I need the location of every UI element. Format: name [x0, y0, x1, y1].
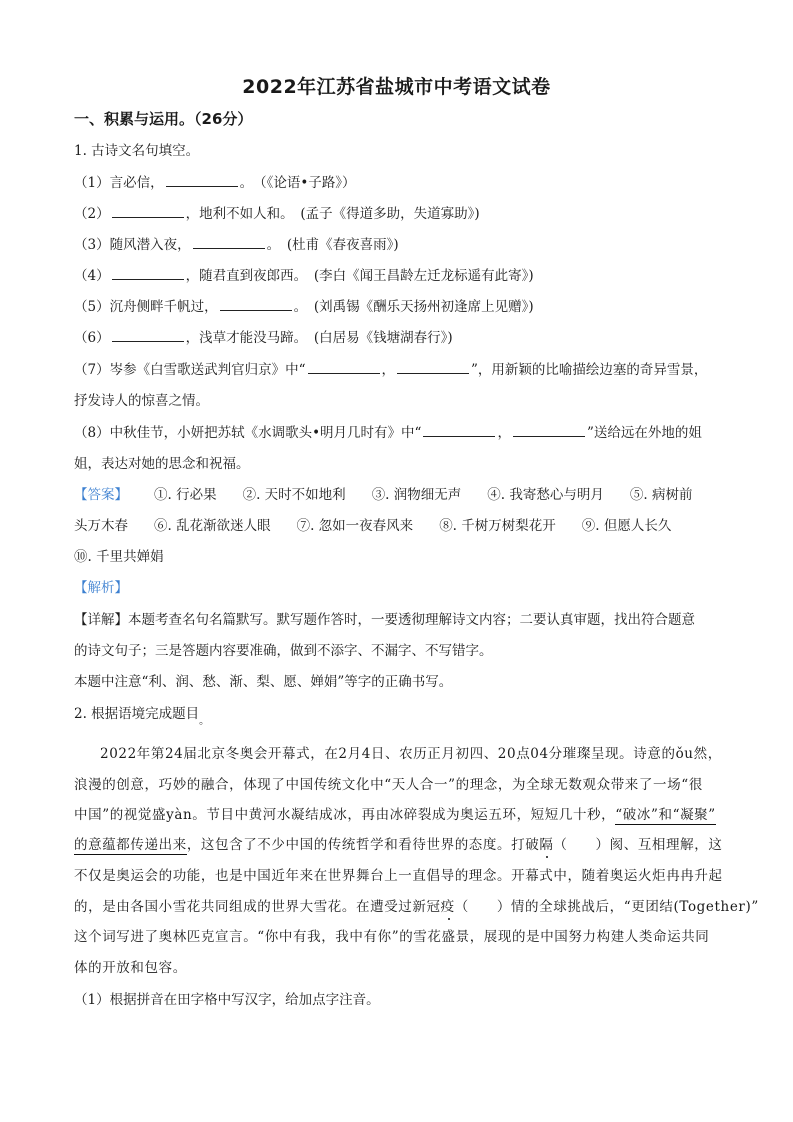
item-text: ，	[382, 362, 396, 378]
section-heading: 一、积累与运用。（26分）	[74, 110, 252, 128]
item-text: 。 (杜甫《春夜喜雨》)	[267, 237, 399, 253]
detail-line-2: 的诗文句子；三是答题内容要准确，做到不添字、不漏字、不写错字。	[74, 642, 493, 660]
passage-text: 中国”的视觉盛yàn。节目中黄河水凝结成冰，再由冰碎裂成为奥运五环，短短几十秒，	[74, 807, 615, 823]
answer-blank[interactable]	[397, 360, 469, 374]
item-text: （7）岑参《白雪歌送武判官归京》中“	[74, 362, 306, 378]
answer-line-1: 【答案】①. 行必果②. 天时不如地利③. 润物细无声④. 我寄愁心与明月⑤. …	[74, 486, 692, 504]
stem-text: 2. 根据语境完成题目	[74, 706, 199, 722]
question-1-stem: 1. 古诗文名句填空。	[74, 142, 199, 160]
answer-item: ④. 我寄愁心与明月	[487, 487, 604, 503]
answer-item: ⑩. 千里共婵娟	[74, 549, 164, 565]
analysis-tag: 【解析】	[74, 579, 128, 597]
q1-item-2: （2），地利不如人和。 (孟子《得道多助，失道寡助》)	[74, 204, 480, 223]
q1-item-4: （4），随君直到夜郎西。 (李白《闻王昌龄左迁龙标遥有此寄》)	[74, 266, 534, 285]
answer-item: 头万木春	[74, 518, 128, 534]
detail-line-1: 【详解】本题考查名句名篇默写。默写题作答时，一要透彻理解诗文内容；二要认真审题，…	[74, 611, 695, 629]
answer-blank[interactable]	[112, 204, 184, 218]
answer-item: ⑥. 乱花渐欲迷人眼	[154, 518, 271, 534]
item-text: 。 （《论语•子路》）	[240, 175, 356, 191]
answer-item: ⑤. 病树前	[630, 487, 693, 503]
answer-blank[interactable]	[308, 360, 380, 374]
item-text: （4）	[74, 268, 110, 284]
q1-item-8-cont: 姐，表达对她的思念和祝福。	[74, 455, 250, 473]
passage-line-2: 浪漫的创意，巧妙的融合，体现了中国传统文化中“天人合一”的理念，为全球无数观众带…	[74, 776, 703, 794]
item-text: 。 (刘禹锡《酬乐天扬州初逢席上见赠》)	[294, 299, 534, 315]
detail-note: 本题中注意“利、润、愁、渐、梨、愿、婵娟”等字的正确书写。	[74, 673, 452, 691]
answer-blank[interactable]	[423, 423, 495, 437]
item-text: ，随君直到夜郎西。 (李白《闻王昌龄左迁龙标遥有此寄》)	[186, 268, 534, 284]
q1-item-7: （7）岑参《白雪歌送武判官归京》中“，”，用新颖的比喻描绘边塞的奇异雪景，	[74, 360, 707, 379]
item-text: （2）	[74, 206, 110, 222]
underlined-text: 的意蕴都传递出来	[74, 837, 187, 855]
answer-item: ⑧. 千树万树梨花开	[439, 518, 556, 534]
passage-text: ）情的全球挑战后，“更团结(Together)”	[497, 899, 759, 915]
item-text: （8）中秋佳节，小妍把苏轼《水调歌头•明月几时有》中“	[74, 425, 421, 441]
page-title: 2022年江苏省盐城市中考语文试卷	[0, 72, 793, 99]
answer-blank[interactable]	[112, 328, 184, 342]
item-text: ”送给远在外地的姐	[587, 425, 702, 441]
passage-line-5: 不仅是奥运会的功能，也是中国近年来在世界舞台上一直倡导的理念。开幕式中，随着奥运…	[74, 867, 723, 885]
item-text: （6）	[74, 330, 110, 346]
q1-item-6: （6），浅草才能没马蹄。 (白居易《钱塘湖春行》)	[74, 328, 453, 347]
answer-item: ③. 润物细无声	[372, 487, 462, 503]
passage-line-1: 2022年第24届北京冬奥会开幕式，在2月4日、农历正月初四、20点04分璀璨呈…	[100, 745, 722, 763]
item-text: ，地利不如人和。 (孟子《得道多助，失道寡助》)	[186, 206, 480, 222]
answer-blank[interactable]	[112, 266, 184, 280]
answer-line-2: 头万木春⑥. 乱花渐欲迷人眼⑦. 忽如一夜春风来⑧. 千树万树梨花开⑨. 但愿人…	[74, 517, 671, 535]
paren-open: （	[455, 899, 469, 915]
passage-text: ）阂、互相理解，这	[596, 837, 723, 853]
passage-text: 的，是由各国小雪花共同组成的世界大雪花。在遭受过新冠	[74, 899, 441, 915]
passage-line-3: 中国”的视觉盛yàn。节目中黄河水凝结成冰，再由冰碎裂成为奥运五环，短短几十秒，…	[74, 806, 716, 824]
passage-text: ，这包含了不少中国的传统哲学和看待世界的态度。打破	[187, 837, 540, 853]
answer-line-3: ⑩. 千里共婵娟	[74, 548, 164, 566]
passage-line-6: 的，是由各国小雪花共同组成的世界大雪花。在遭受过新冠疫（）情的全球挑战后，“更团…	[74, 898, 759, 916]
item-text: ”，用新颖的比喻描绘边塞的奇异雪景，	[471, 362, 707, 378]
answer-item: ①. 行必果	[154, 487, 217, 503]
q1-item-5: （5）沉舟侧畔千帆过，。 (刘禹锡《酬乐天扬州初逢席上见赠》)	[74, 297, 534, 316]
q1-item-7-cont: 抒发诗人的惊喜之情。	[74, 392, 209, 410]
underlined-text: “破冰”和“凝聚”	[615, 807, 716, 825]
answer-blank[interactable]	[220, 297, 292, 311]
answer-item: ②. 天时不如地利	[243, 487, 346, 503]
paren-open: （	[553, 837, 567, 853]
q1-item-1: （1）言必信，。 （《论语•子路》）	[74, 173, 356, 192]
passage-line-8: 体的开放和包容。	[74, 959, 187, 977]
sub-question-1: （1）根据拼音在田字格中写汉字，给加点字注音。	[74, 991, 380, 1009]
answer-item: ⑦. 忽如一夜春风来	[297, 518, 414, 534]
item-text: （5）沉舟侧畔千帆过，	[74, 299, 218, 315]
answer-blank[interactable]	[193, 235, 265, 249]
q1-item-8: （8）中秋佳节，小妍把苏轼《水调歌头•明月几时有》中“，”送给远在外地的姐	[74, 423, 702, 442]
dotted-character: 疫	[441, 899, 455, 915]
answer-tag: 【答案】	[74, 487, 128, 503]
answer-blank[interactable]	[513, 423, 585, 437]
item-text: ，	[497, 425, 511, 441]
stem-mark: 。	[199, 716, 209, 727]
question-2-stem: 2. 根据语境完成题目。	[74, 705, 209, 731]
dotted-character: 隔	[539, 837, 553, 853]
item-text: （3）随风潜入夜，	[74, 237, 191, 253]
answer-item: ⑨. 但愿人长久	[582, 518, 672, 534]
passage-line-4: 的意蕴都传递出来，这包含了不少中国的传统哲学和看待世界的态度。打破隔（）阂、互相…	[74, 836, 722, 854]
passage-line-7: 这个词写进了奥林匹克宣言。“你中有我，我中有你”的雪花盛景，展现的是中国努力构建…	[74, 928, 709, 946]
item-text: （1）言必信，	[74, 175, 164, 191]
answer-blank[interactable]	[166, 173, 238, 187]
item-text: ，浅草才能没马蹄。 (白居易《钱塘湖春行》)	[186, 330, 453, 346]
q1-item-3: （3）随风潜入夜，。 (杜甫《春夜喜雨》)	[74, 235, 399, 254]
